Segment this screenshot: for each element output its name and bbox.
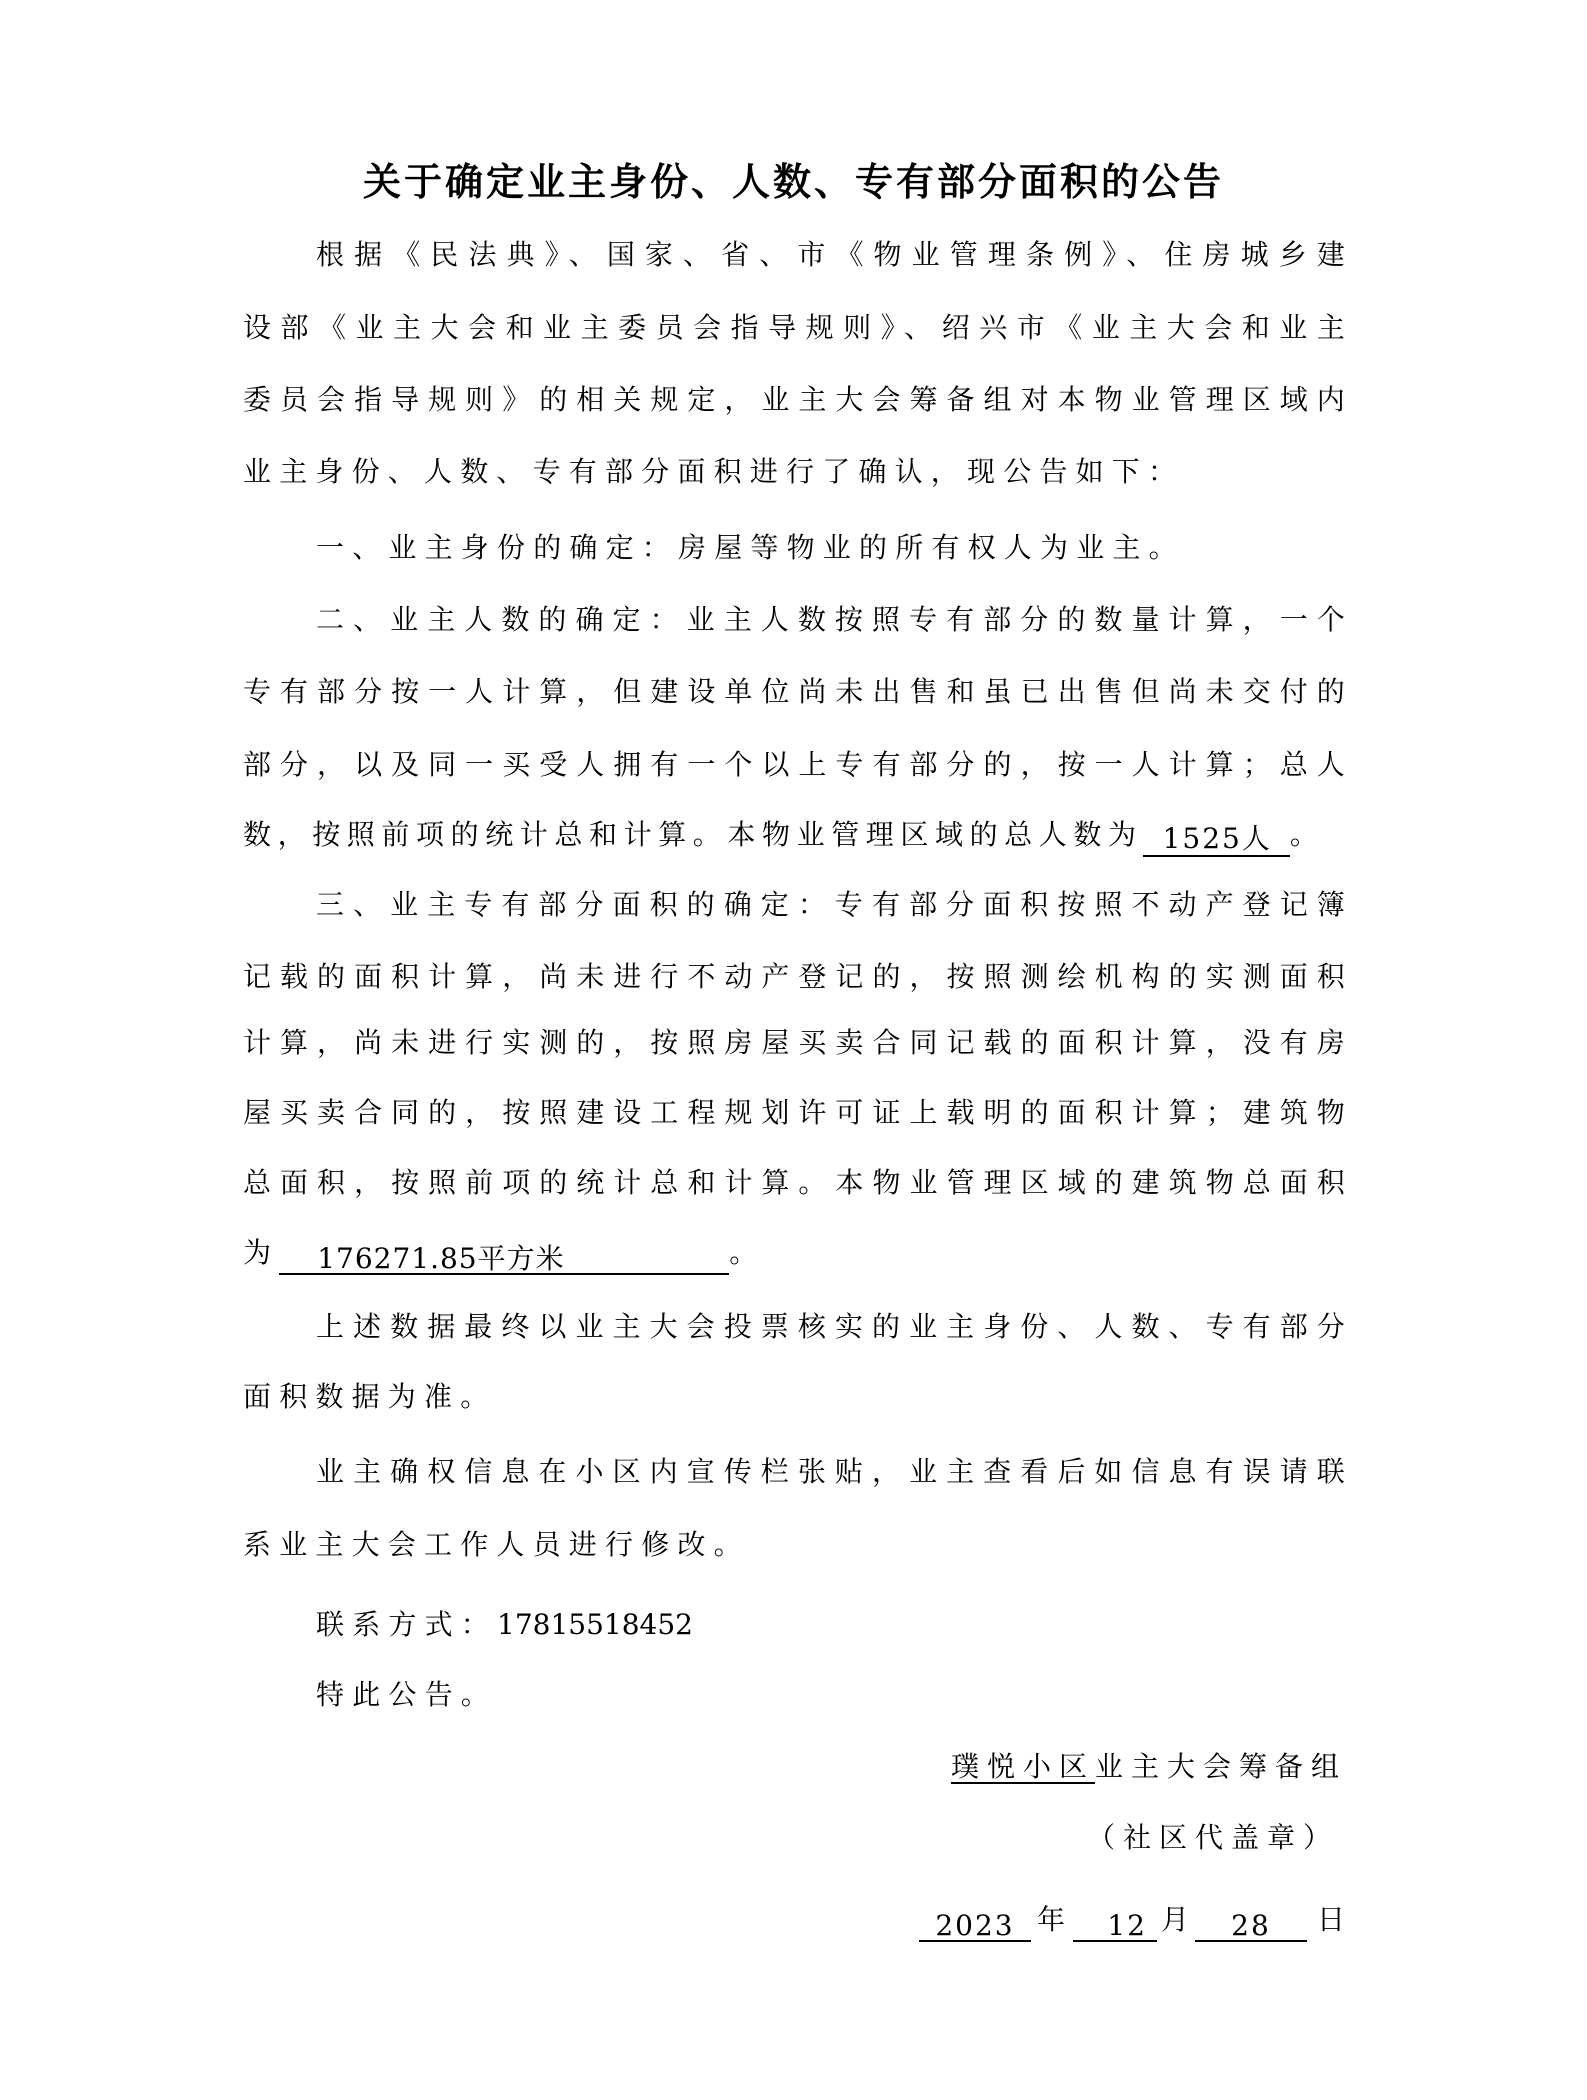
preamble-line: 设部《业主大会和业主委员会指导规则》、绍兴市《业主大会和业主: [243, 306, 1353, 350]
closing-line: 特此公告。: [316, 1673, 1353, 1717]
signature-line: 璞悦小区业主大会筹备组: [951, 1745, 1347, 1789]
date-month: 12: [1107, 1909, 1147, 1942]
date-day-unit: 日: [1307, 1903, 1347, 1936]
stamp-note: （社区代盖章）: [1087, 1816, 1339, 1860]
date-year-field: 2023: [919, 1904, 1031, 1942]
total-area-suffix: 。: [729, 1236, 765, 1269]
date-day: 28: [1231, 1909, 1271, 1942]
date-year-unit: 年: [1031, 1903, 1073, 1936]
date-line: 2023年12月28日: [919, 1898, 1347, 1942]
date-month-field: 12: [1073, 1904, 1157, 1942]
posting-line: 系业主大会工作人员进行修改。: [243, 1523, 1353, 1567]
community-name: 璞悦小区: [951, 1750, 1095, 1783]
total-area-prefix: 为: [243, 1236, 279, 1269]
contact-phone: 17815518452: [497, 1608, 693, 1641]
total-owners-suffix: 。: [1290, 818, 1325, 851]
section2-line: 专有部分按一人计算，但建设单位尚未出售和虽已出售但尚未交付的: [243, 670, 1353, 714]
section1-line: 一、业主身份的确定：房屋等物业的所有权人为业主。: [316, 526, 1353, 570]
organization-name: 业主大会筹备组: [1095, 1750, 1347, 1783]
section3-line: 屋买卖合同的，按照建设工程规划许可证上载明的面积计算；建筑物: [243, 1091, 1353, 1135]
section3-line: 计算，尚未进行实测的，按照房屋买卖合同记载的面积计算，没有房: [243, 1021, 1353, 1065]
contact-line: 联系方式：17815518452: [316, 1603, 1353, 1647]
date-day-field: 28: [1195, 1904, 1307, 1942]
preamble-line: 根据《民法典》、国家、省、市《物业管理条例》、住房城乡建: [316, 233, 1353, 277]
preamble-line: 业主身份、人数、专有部分面积进行了确认，现公告如下：: [243, 450, 1353, 494]
section2-line: 部分，以及同一买受人拥有一个以上专有部分的，按一人计算；总人: [243, 743, 1353, 787]
total-area-field: 176271.85平方米: [279, 1237, 729, 1275]
total-owners-prefix: 数，按照前项的统计总和计算。本物业管理区域的总人数为: [243, 818, 1143, 851]
section3-total-line: 为176271.85平方米。: [243, 1231, 1353, 1275]
total-area-value: 176271.85平方米: [317, 1242, 564, 1275]
contact-label: 联系方式：: [316, 1608, 497, 1641]
section3-line: 三、业主专有部分面积的确定：专有部分面积按照不动产登记簿: [316, 883, 1353, 927]
page-title: 关于确定业主身份、人数、专有部分面积的公告: [0, 156, 1587, 208]
note-line: 面积数据为准。: [243, 1375, 1353, 1419]
date-year: 2023: [935, 1909, 1014, 1942]
note-line: 上述数据最终以业主大会投票核实的业主身份、人数、专有部分: [316, 1305, 1353, 1349]
section2-total-line: 数，按照前项的统计总和计算。本物业管理区域的总人数为1525人。: [243, 813, 1353, 857]
total-owners-field: 1525人: [1143, 817, 1290, 857]
section3-line: 总面积，按照前项的统计总和计算。本物业管理区域的建筑物总面积: [243, 1161, 1353, 1205]
section3-line: 记载的面积计算，尚未进行不动产登记的，按照测绘机构的实测面积: [243, 955, 1353, 999]
section2-line: 二、业主人数的确定：业主人数按照专有部分的数量计算，一个: [316, 598, 1353, 642]
preamble-line: 委员会指导规则》的相关规定，业主大会筹备组对本物业管理区域内: [243, 378, 1353, 422]
date-month-unit: 月: [1157, 1903, 1195, 1936]
posting-line: 业主确权信息在小区内宣传栏张贴，业主查看后如信息有误请联: [316, 1450, 1353, 1494]
total-owners-value: 1525人: [1163, 822, 1272, 855]
